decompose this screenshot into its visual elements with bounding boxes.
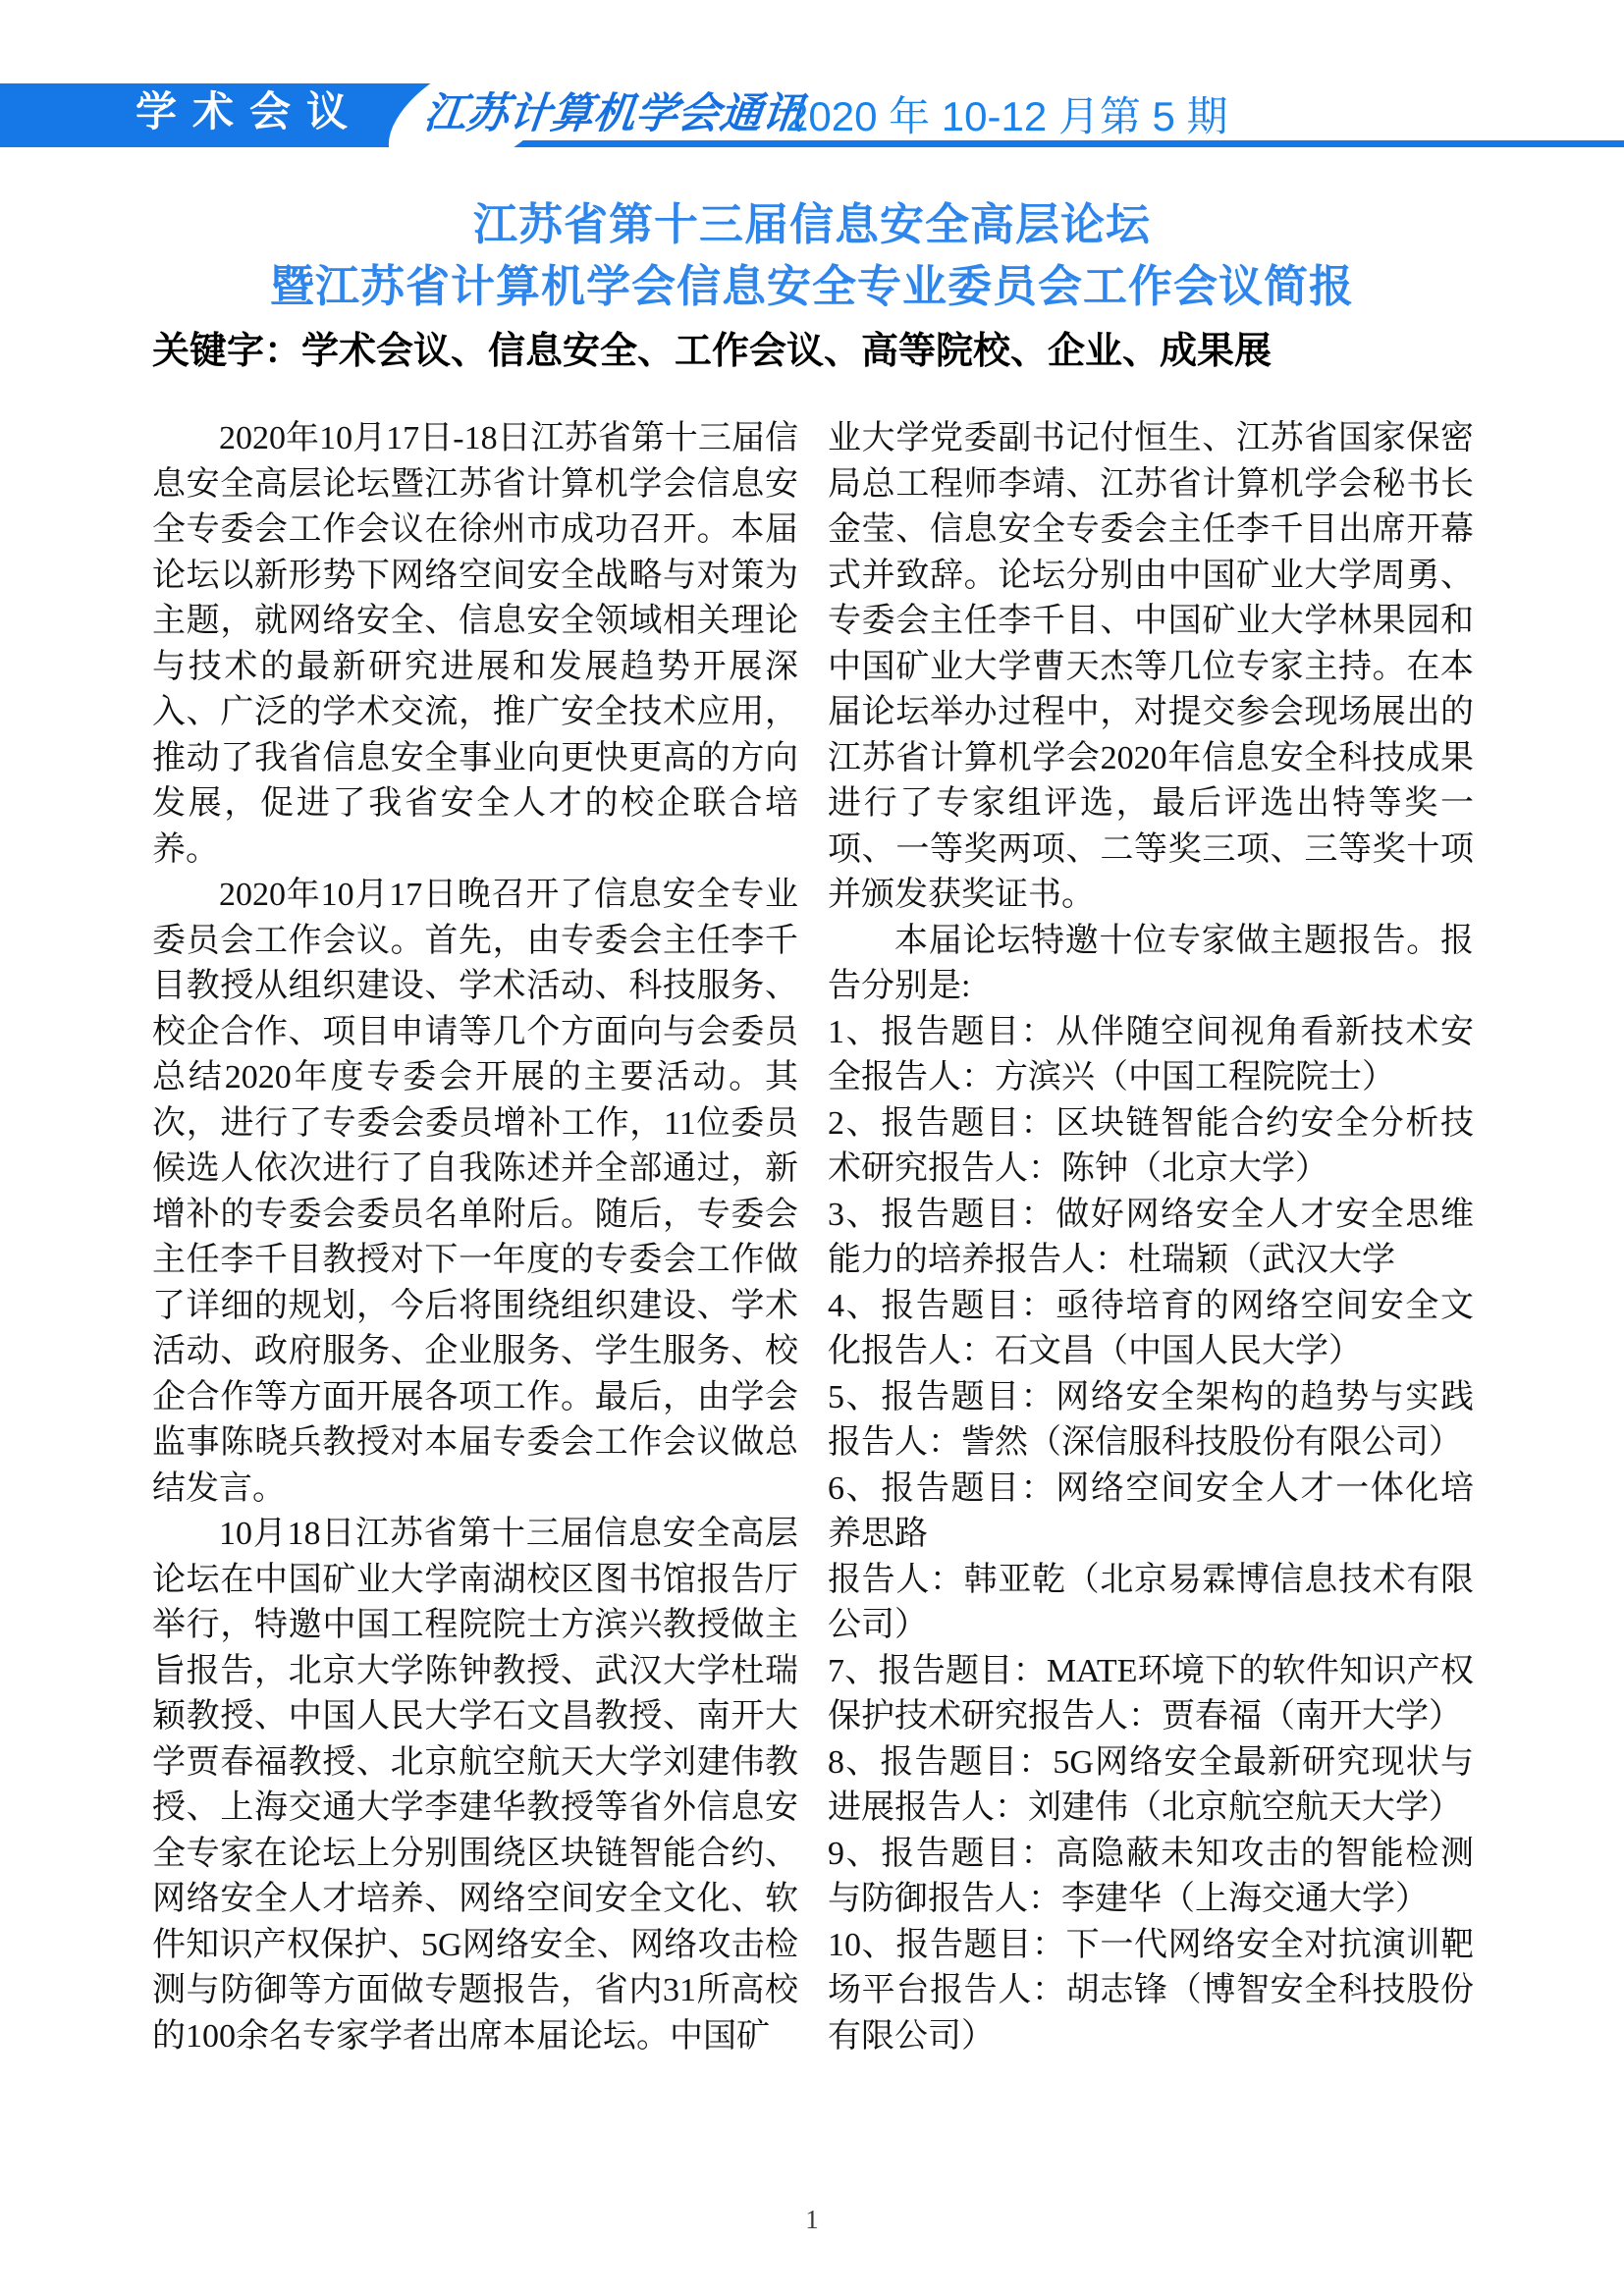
body-left-column: 2020年10月17日-18日江苏省第十三届信息安全高层论坛暨江苏省计算机学会信…: [152, 416, 798, 2059]
keywords-line: 关键字：学术会议、信息安全、工作会议、高等院校、企业、成果展: [152, 330, 1473, 373]
body-paragraph: 6、报告题目：网络空间安全人才一体化培养思路: [828, 1467, 1474, 1558]
body-paragraph: 9、报告题目：高隐蔽未知攻击的智能检测与防御报告人：李建华（上海交通大学）: [828, 1832, 1474, 1923]
body-paragraph: 2、报告题目：区块链智能合约安全分析技术研究报告人：陈钟（北京大学）: [828, 1101, 1474, 1193]
body-paragraph: 本届论坛特邀十位专家做主题报告。报告分别是:: [828, 919, 1474, 1010]
body-paragraph: 5、报告题目：网络安全架构的趋势与实践报告人：訾然（深信服科技股份有限公司）: [828, 1375, 1474, 1467]
newsletter-name: 江苏计算机学会通讯: [422, 92, 807, 137]
body-right-column: 业大学党委副书记付恒生、江苏省国家保密局总工程师李靖、江苏省计算机学会秘书长金莹…: [828, 416, 1474, 2059]
body-paragraph: 报告人：韩亚乾（北京易霖博信息技术有限公司）: [828, 1558, 1474, 1649]
page-number: 1: [0, 2205, 1624, 2235]
header-rule: [0, 140, 1624, 147]
body-paragraph: 2020年10月17日晚召开了信息安全专业委员会工作会议。首先，由专委会主任李千…: [152, 873, 798, 1512]
article-title-line2: 暨江苏省计算机学会信息安全专业委员会工作会议简报: [0, 261, 1624, 312]
issue-label: 2020 年 10-12 月第 5 期: [785, 94, 1228, 139]
body-paragraph: 7、报告题目：MATE环境下的软件知识产权保护技术研究报告人：贾春福（南开大学）: [828, 1649, 1474, 1740]
body-paragraph: 10月18日江苏省第十三届信息安全高层论坛在中国矿业大学南湖校区图书馆报告厅举行…: [152, 1512, 798, 2059]
article-title-line1: 江苏省第十三届信息安全高层论坛: [0, 199, 1624, 250]
body-paragraph: 2020年10月17日-18日江苏省第十三届信息安全高层论坛暨江苏省计算机学会信…: [152, 416, 798, 873]
section-badge: 学术会议: [135, 90, 363, 133]
body-paragraph: 3、报告题目：做好网络安全人才安全思维能力的培养报告人：杜瑞颖（武汉大学: [828, 1193, 1474, 1284]
newsletter-page: 学术会议 江苏计算机学会通讯 2020 年 10-12 月第 5 期 江苏省第十…: [0, 0, 1624, 2296]
body-paragraph: 1、报告题目：从伴随空间视角看新技术安全报告人：方滨兴（中国工程院院士）: [828, 1010, 1474, 1101]
body-paragraph: 4、报告题目：亟待培育的网络空间安全文化报告人：石文昌（中国人民大学）: [828, 1284, 1474, 1375]
body-paragraph: 业大学党委副书记付恒生、江苏省国家保密局总工程师李靖、江苏省计算机学会秘书长金莹…: [828, 416, 1474, 919]
body-paragraph: 10、报告题目：下一代网络安全对抗演训靶场平台报告人：胡志锋（博智安全科技股份有…: [828, 1923, 1474, 2060]
body-paragraph: 8、报告题目：5G网络安全最新研究现状与进展报告人：刘建伟（北京航空航天大学）: [828, 1740, 1474, 1832]
